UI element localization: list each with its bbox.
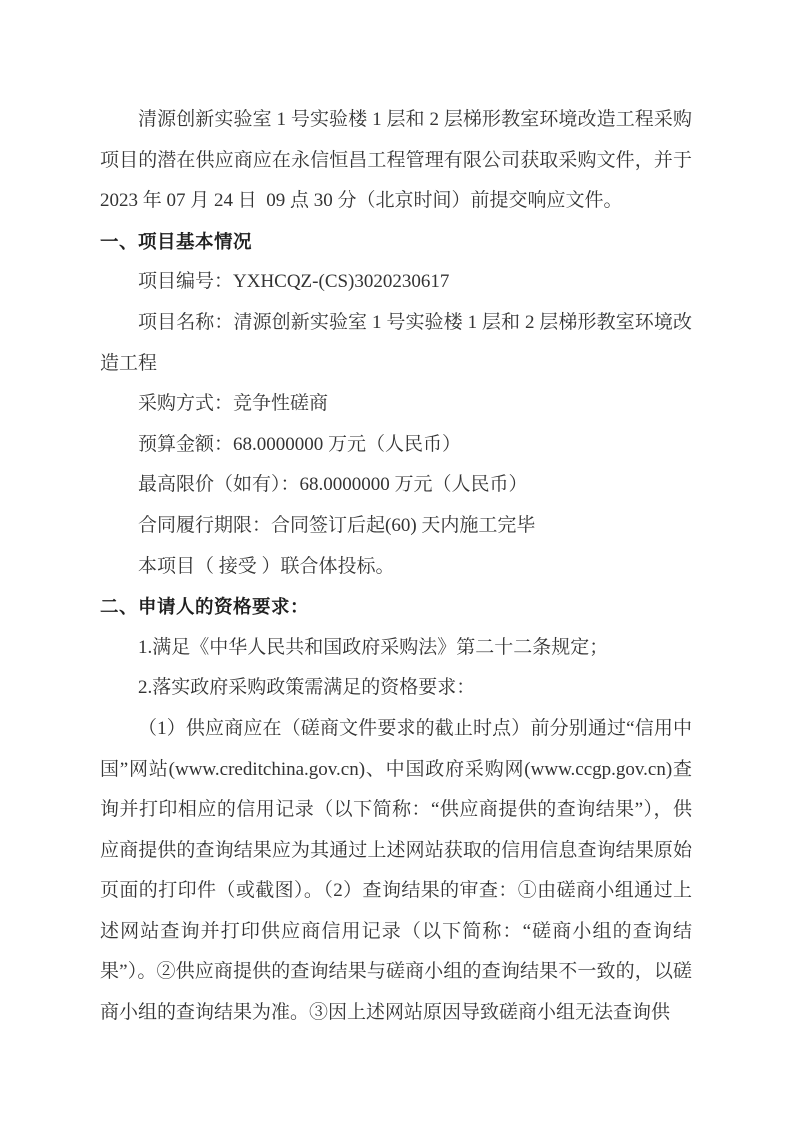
document-page: 清源创新实验室 1 号实验楼 1 层和 2 层梯形教室环境改造工程采购项目的潜在… xyxy=(0,0,793,1122)
project-number-line: 项目编号：YXHCQZ-(CS)3020230617 xyxy=(100,262,692,303)
qualification-item-1: 1.满足《中华人民共和国政府采购法》第二十二条规定； xyxy=(100,628,692,669)
section-1-heading: 一、项目基本情况 xyxy=(100,222,692,263)
credit-check-paragraph: （1）供应商应在（磋商文件要求的截止时点）前分别通过“信用中国”网站(www.c… xyxy=(100,709,692,1034)
contract-period-line: 合同履行期限：合同签订后起(60) 天内施工完毕 xyxy=(100,506,692,547)
procurement-method-line: 采购方式：竞争性磋商 xyxy=(100,384,692,425)
budget-amount-line: 预算金额：68.0000000 万元（人民币） xyxy=(100,425,692,466)
intro-paragraph: 清源创新实验室 1 号实验楼 1 层和 2 层梯形教室环境改造工程采购项目的潜在… xyxy=(100,100,692,222)
qualification-item-2: 2.落实政府采购政策需满足的资格要求： xyxy=(100,668,692,709)
section-2-heading: 二、申请人的资格要求： xyxy=(100,587,692,628)
max-price-line: 最高限价（如有）：68.0000000 万元（人民币） xyxy=(100,465,692,506)
project-name-line: 项目名称：清源创新实验室 1 号实验楼 1 层和 2 层梯形教室环境改造工程 xyxy=(100,303,692,384)
consortium-bid-line: 本项目（ 接受 ）联合体投标。 xyxy=(100,547,692,588)
